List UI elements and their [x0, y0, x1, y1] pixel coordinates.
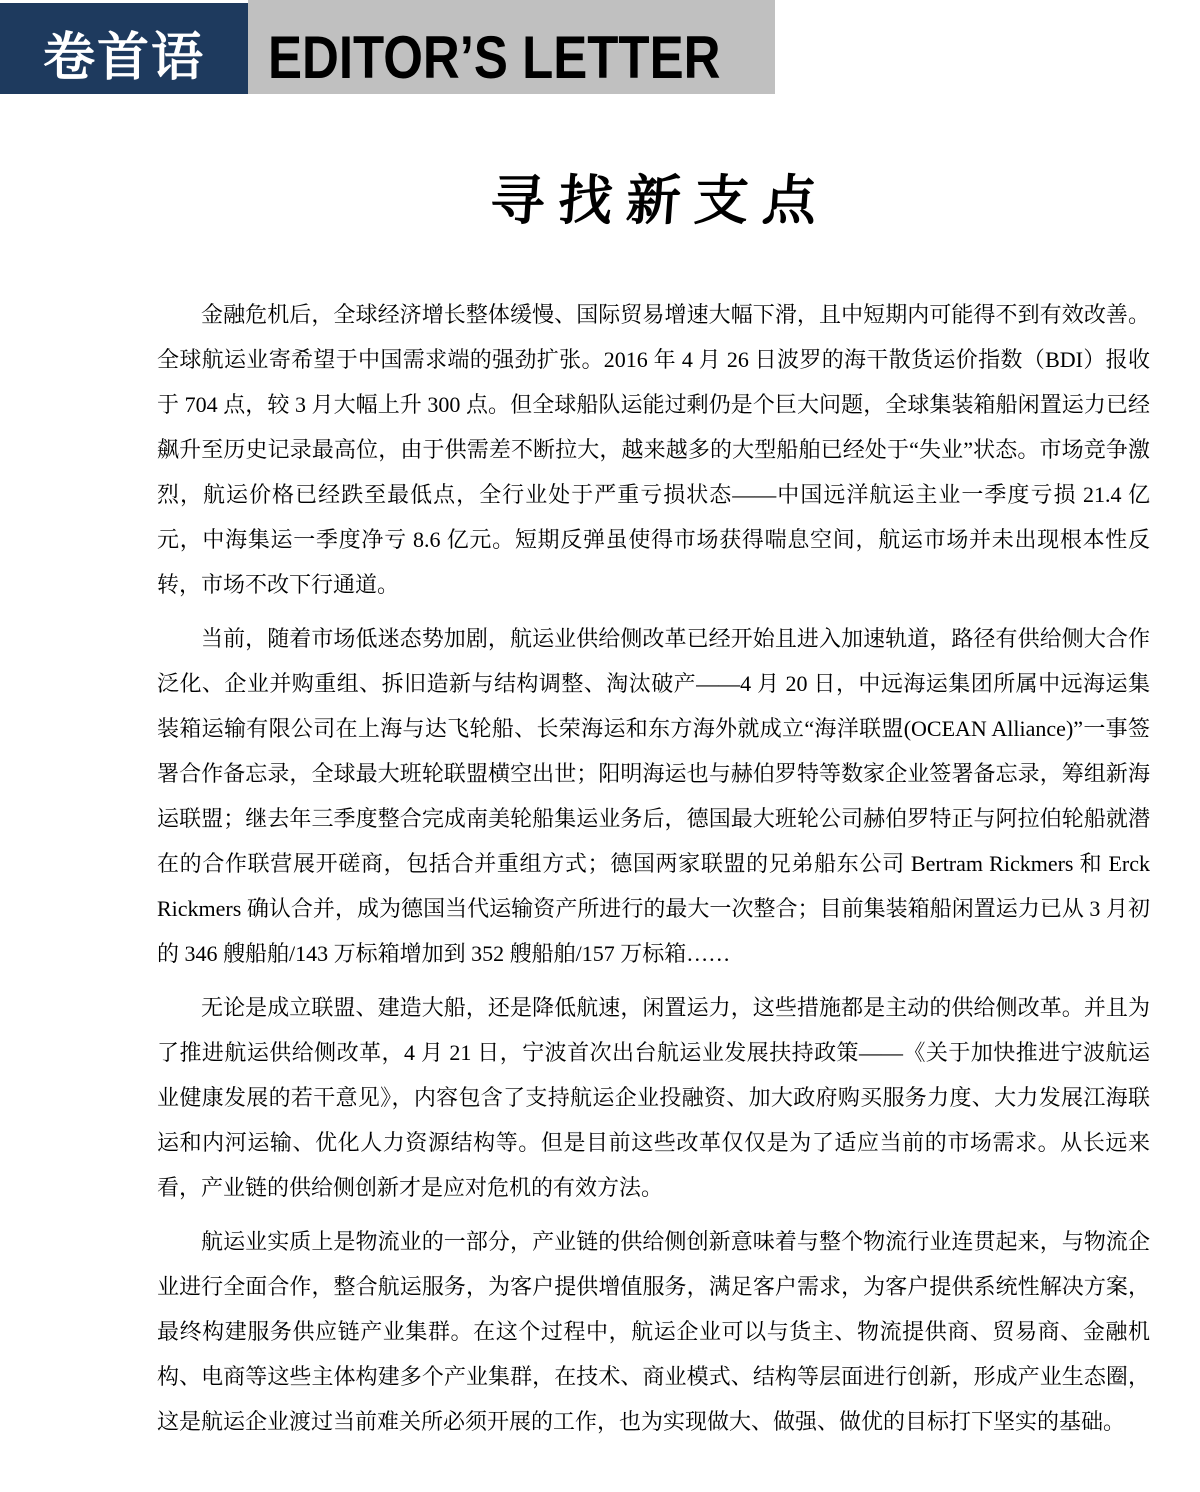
article-title: 寻找新支点	[155, 166, 1153, 236]
page: 卷首语 EDITOR’S LETTER 寻找新支点 金融危机后，全球经济增长整体…	[0, 0, 1200, 1492]
masthead: 卷首语 EDITOR’S LETTER	[0, 0, 1200, 95]
section-label-cn: 卷首语	[43, 32, 205, 84]
article-paragraph-1: 金融危机后，全球经济增长整体缓慢、国际贸易增速大幅下滑，且中短期内可能得不到有效…	[157, 292, 1150, 607]
article-paragraph-2: 当前，随着市场低迷态势加剧，航运业供给侧改革已经开始且进入加速轨道，路径有供给侧…	[157, 616, 1150, 976]
article-body: 金融危机后，全球经济增长整体缓慢、国际贸易增速大幅下滑，且中短期内可能得不到有效…	[157, 292, 1150, 1444]
section-label-en: EDITOR’S LETTER	[268, 31, 720, 85]
section-badge-chinese: 卷首语	[0, 3, 248, 94]
article-paragraph-4: 航运业实质上是物流业的一部分，产业链的供给侧创新意味着与整个物流行业连贯起来，与…	[157, 1219, 1150, 1444]
section-bar-english: EDITOR’S LETTER	[248, 0, 775, 94]
article-paragraph-3: 无论是成立联盟、建造大船，还是降低航速，闲置运力，这些措施都是主动的供给侧改革。…	[157, 985, 1150, 1210]
